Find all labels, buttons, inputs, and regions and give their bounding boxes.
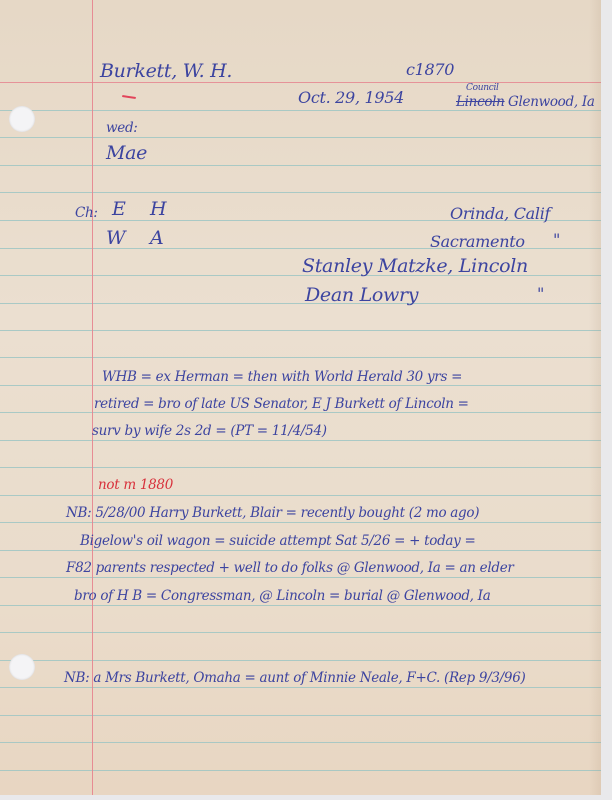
ruled-line (0, 467, 601, 468)
child-residence: Orinda, Calif (450, 204, 550, 223)
children-label: Ch: (75, 205, 98, 221)
child-initial: W (106, 227, 125, 249)
note-line: NB: 5/28/00 Harry Burkett, Blair = recen… (66, 505, 479, 521)
ruled-line (0, 660, 601, 661)
ruled-line (0, 522, 601, 523)
ruled-line (0, 412, 601, 413)
note-line: NB: a Mrs Burkett, Omaha = aunt of Minni… (64, 670, 525, 686)
survivor-name: Dean Lowry (305, 284, 418, 306)
punch-hole (9, 654, 35, 680)
note-line: Bigelow's oil wagon = suicide attempt Sa… (80, 533, 476, 549)
ruled-line (0, 165, 601, 166)
death-place-struck: Lincoln (456, 94, 505, 110)
ruled-line (0, 577, 601, 578)
ruled-line (0, 770, 601, 771)
wed-label: wed: (106, 120, 138, 136)
ruled-line (0, 742, 601, 743)
ruled-line (0, 687, 601, 688)
note-line: bro of H B = Congressman, @ Lincoln = bu… (74, 588, 490, 604)
ruled-line (0, 550, 601, 551)
notebook-page: Burkett, W. H. c1870 Oct. 29, 1954 Counc… (0, 0, 601, 795)
death-place: Glenwood, Ia (508, 94, 595, 110)
survivor-name: Stanley Matzke, Lincoln (302, 255, 528, 277)
punch-hole (9, 106, 35, 132)
note-line: retired = bro of late US Senator, E J Bu… (94, 396, 469, 412)
ditto-mark: " (537, 284, 544, 303)
ruled-line (0, 110, 601, 111)
ditto-mark: " (553, 230, 560, 249)
red-tick-mark (122, 95, 136, 99)
child-initial: H (150, 198, 166, 220)
red-annotation: not m 1880 (98, 477, 173, 493)
top-red-rule (0, 82, 601, 83)
subject-name: Burkett, W. H. (100, 60, 232, 82)
ruled-line (0, 357, 601, 358)
death-date: Oct. 29, 1954 (298, 88, 404, 107)
note-line: surv by wife 2s 2d = (PT = 11/4/54) (92, 423, 327, 439)
note-line: WHB = ex Herman = then with World Herald… (102, 369, 462, 385)
child-initial: A (150, 227, 163, 249)
spouse-name: Mae (106, 142, 147, 164)
ruled-line (0, 330, 601, 331)
ruled-line (0, 495, 601, 496)
ruled-line (0, 137, 601, 138)
birth-year: c1870 (406, 60, 454, 79)
ruled-line (0, 303, 601, 304)
ruled-line (0, 440, 601, 441)
note-line: F82 parents respected + well to do folks… (66, 560, 514, 576)
child-initial: E (112, 198, 126, 220)
ruled-line (0, 715, 601, 716)
ruled-line (0, 192, 601, 193)
ruled-line (0, 605, 601, 606)
ruled-line (0, 632, 601, 633)
death-place-correction: Council (466, 83, 499, 93)
ruled-line (0, 385, 601, 386)
child-residence: Sacramento (430, 232, 525, 251)
